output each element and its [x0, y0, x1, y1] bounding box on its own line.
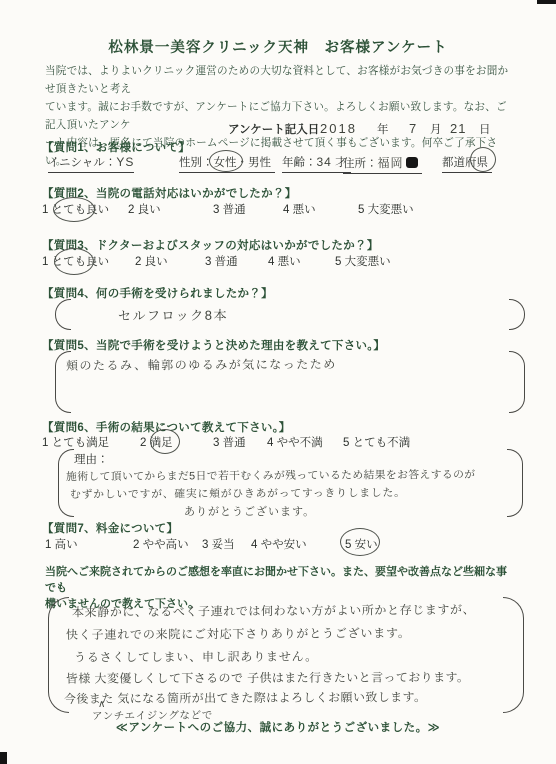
footer-thanks: ≪アンケートへのご協力、誠にありがとうございました。≫: [0, 719, 556, 735]
feedback-line: 今後また 気になる箇所が出てきた際はよろしくお願い致します。: [64, 688, 426, 707]
q6-option-5: 5 とても不満: [343, 434, 410, 450]
right-paren: [509, 351, 525, 413]
age-label: 年齢：: [282, 157, 317, 169]
address-field: 住所：福岡: [343, 154, 422, 174]
intro-line: 当院では、よりよいクリニック運営のための大切な資料として、お客様がお気づきの事を…: [45, 62, 513, 98]
right-paren: [509, 299, 525, 330]
initial-label: イニシャル：: [48, 157, 116, 169]
left-paren: [55, 299, 71, 330]
q7-option-3: 3 妥当: [202, 536, 235, 552]
date-day-value: 21: [450, 121, 466, 136]
date-month-unit: 月: [430, 121, 442, 137]
q2-option-2: 2 良い: [128, 201, 161, 217]
q7-option-1: 1 高い: [45, 536, 78, 552]
q2-option-3: 3 普通: [213, 201, 246, 217]
date-month-value: 7: [409, 121, 416, 136]
q7-option-4: 4 やや安い: [251, 536, 307, 552]
initial-value: YS: [116, 155, 134, 169]
right-paren: [507, 449, 523, 517]
age-field: 年齢：34 才: [282, 154, 351, 173]
redaction-mark: [406, 157, 418, 168]
q6-reason-line: 施術して頂いてからまだ5日で若干むくみが残っているため結果をお答えするのが: [66, 467, 476, 484]
date-year-unit: 年: [377, 121, 389, 137]
q6-options-row: 1 とても満足 2 満足 3 普通 4 やや不満 5 とても不満: [0, 434, 556, 450]
scan-artifact-top-right: [537, 0, 556, 4]
circle-annotation-prefecture: [470, 147, 496, 172]
q6-reason-line: ありがとうございます。: [184, 503, 315, 519]
q6-reason-label: 理由：: [74, 451, 109, 467]
q7-option-2: 2 やや高い: [133, 536, 189, 552]
feedback-line: 快く子連れでの来院にご対応下さりありがとうございます。: [66, 624, 411, 643]
address-value: 福岡: [378, 156, 404, 170]
right-paren: [503, 597, 524, 713]
q3-heading: 【質問3、ドクターおよびスタッフの対応はいかがでしたか？】: [42, 237, 379, 253]
feedback-line: 本来静かに、なるべく子連れでは伺わない方がよい所かと存じますが、: [72, 601, 475, 621]
feedback-prompt-line: 当院へご来院されてからのご感想を率直にお聞かせ下さい。また、要望や改善点など些細…: [45, 564, 515, 596]
feedback-line: 皆様 大変優しくして下さるので 子供はまた行きたいと言っております。: [66, 668, 469, 686]
initial-field: イニシャル：YS: [48, 154, 134, 173]
circle-annotation-q2: [53, 197, 95, 222]
q6-option-1: 1 とても満足: [42, 434, 109, 450]
age-value: 34: [317, 155, 332, 169]
q7-options-row: 1 高い 2 やや高い 3 妥当 4 やや安い 5 安い: [0, 536, 556, 552]
date-year-value: 2018: [320, 121, 357, 136]
q6-option-3: 3 普通: [213, 434, 246, 450]
page-title: 松林景一美容クリニック天神 お客様アンケート: [0, 36, 556, 57]
q1-heading: 【質問1、お客様について】: [42, 139, 190, 155]
date-label: アンケート記入日: [228, 121, 319, 137]
circle-annotation-gender: [209, 150, 243, 172]
q6-reason-line: むずかしいですが、確実に頬がひきあがってすっきりしました。: [70, 485, 406, 502]
q3-option-5: 5 大変悪い: [335, 253, 391, 269]
address-label: 住所：: [343, 158, 378, 170]
date-day-unit: 日: [479, 121, 491, 137]
scan-artifact-bottom-left: [0, 752, 7, 764]
circle-annotation-q3: [54, 248, 94, 275]
q3-option-3: 3 普通: [205, 253, 238, 269]
q5-answer: 頬のたるみ、輪郭のゆるみが気になったため: [66, 355, 337, 373]
q2-option-4: 4 悪い: [283, 201, 316, 217]
q7-heading: 【質問7、料金について】: [42, 520, 178, 536]
date-line: アンケート記入日 2018 年 7 月 21 日: [0, 121, 556, 139]
feedback-line: うるさくしてしまい、申し訳ありません。: [74, 648, 318, 666]
circle-annotation-q7: [340, 528, 380, 556]
q3-option-4: 4 悪い: [268, 253, 301, 269]
survey-scan-page: 松林景一美容クリニック天神 お客様アンケート 当院では、よりよいクリニック運営の…: [0, 0, 556, 764]
q2-option-5: 5 大変悪い: [358, 201, 414, 217]
q4-answer: セルフロック8本: [118, 305, 228, 325]
q6-option-4: 4 やや不満: [267, 434, 323, 450]
q3-option-2: 2 良い: [135, 253, 168, 269]
